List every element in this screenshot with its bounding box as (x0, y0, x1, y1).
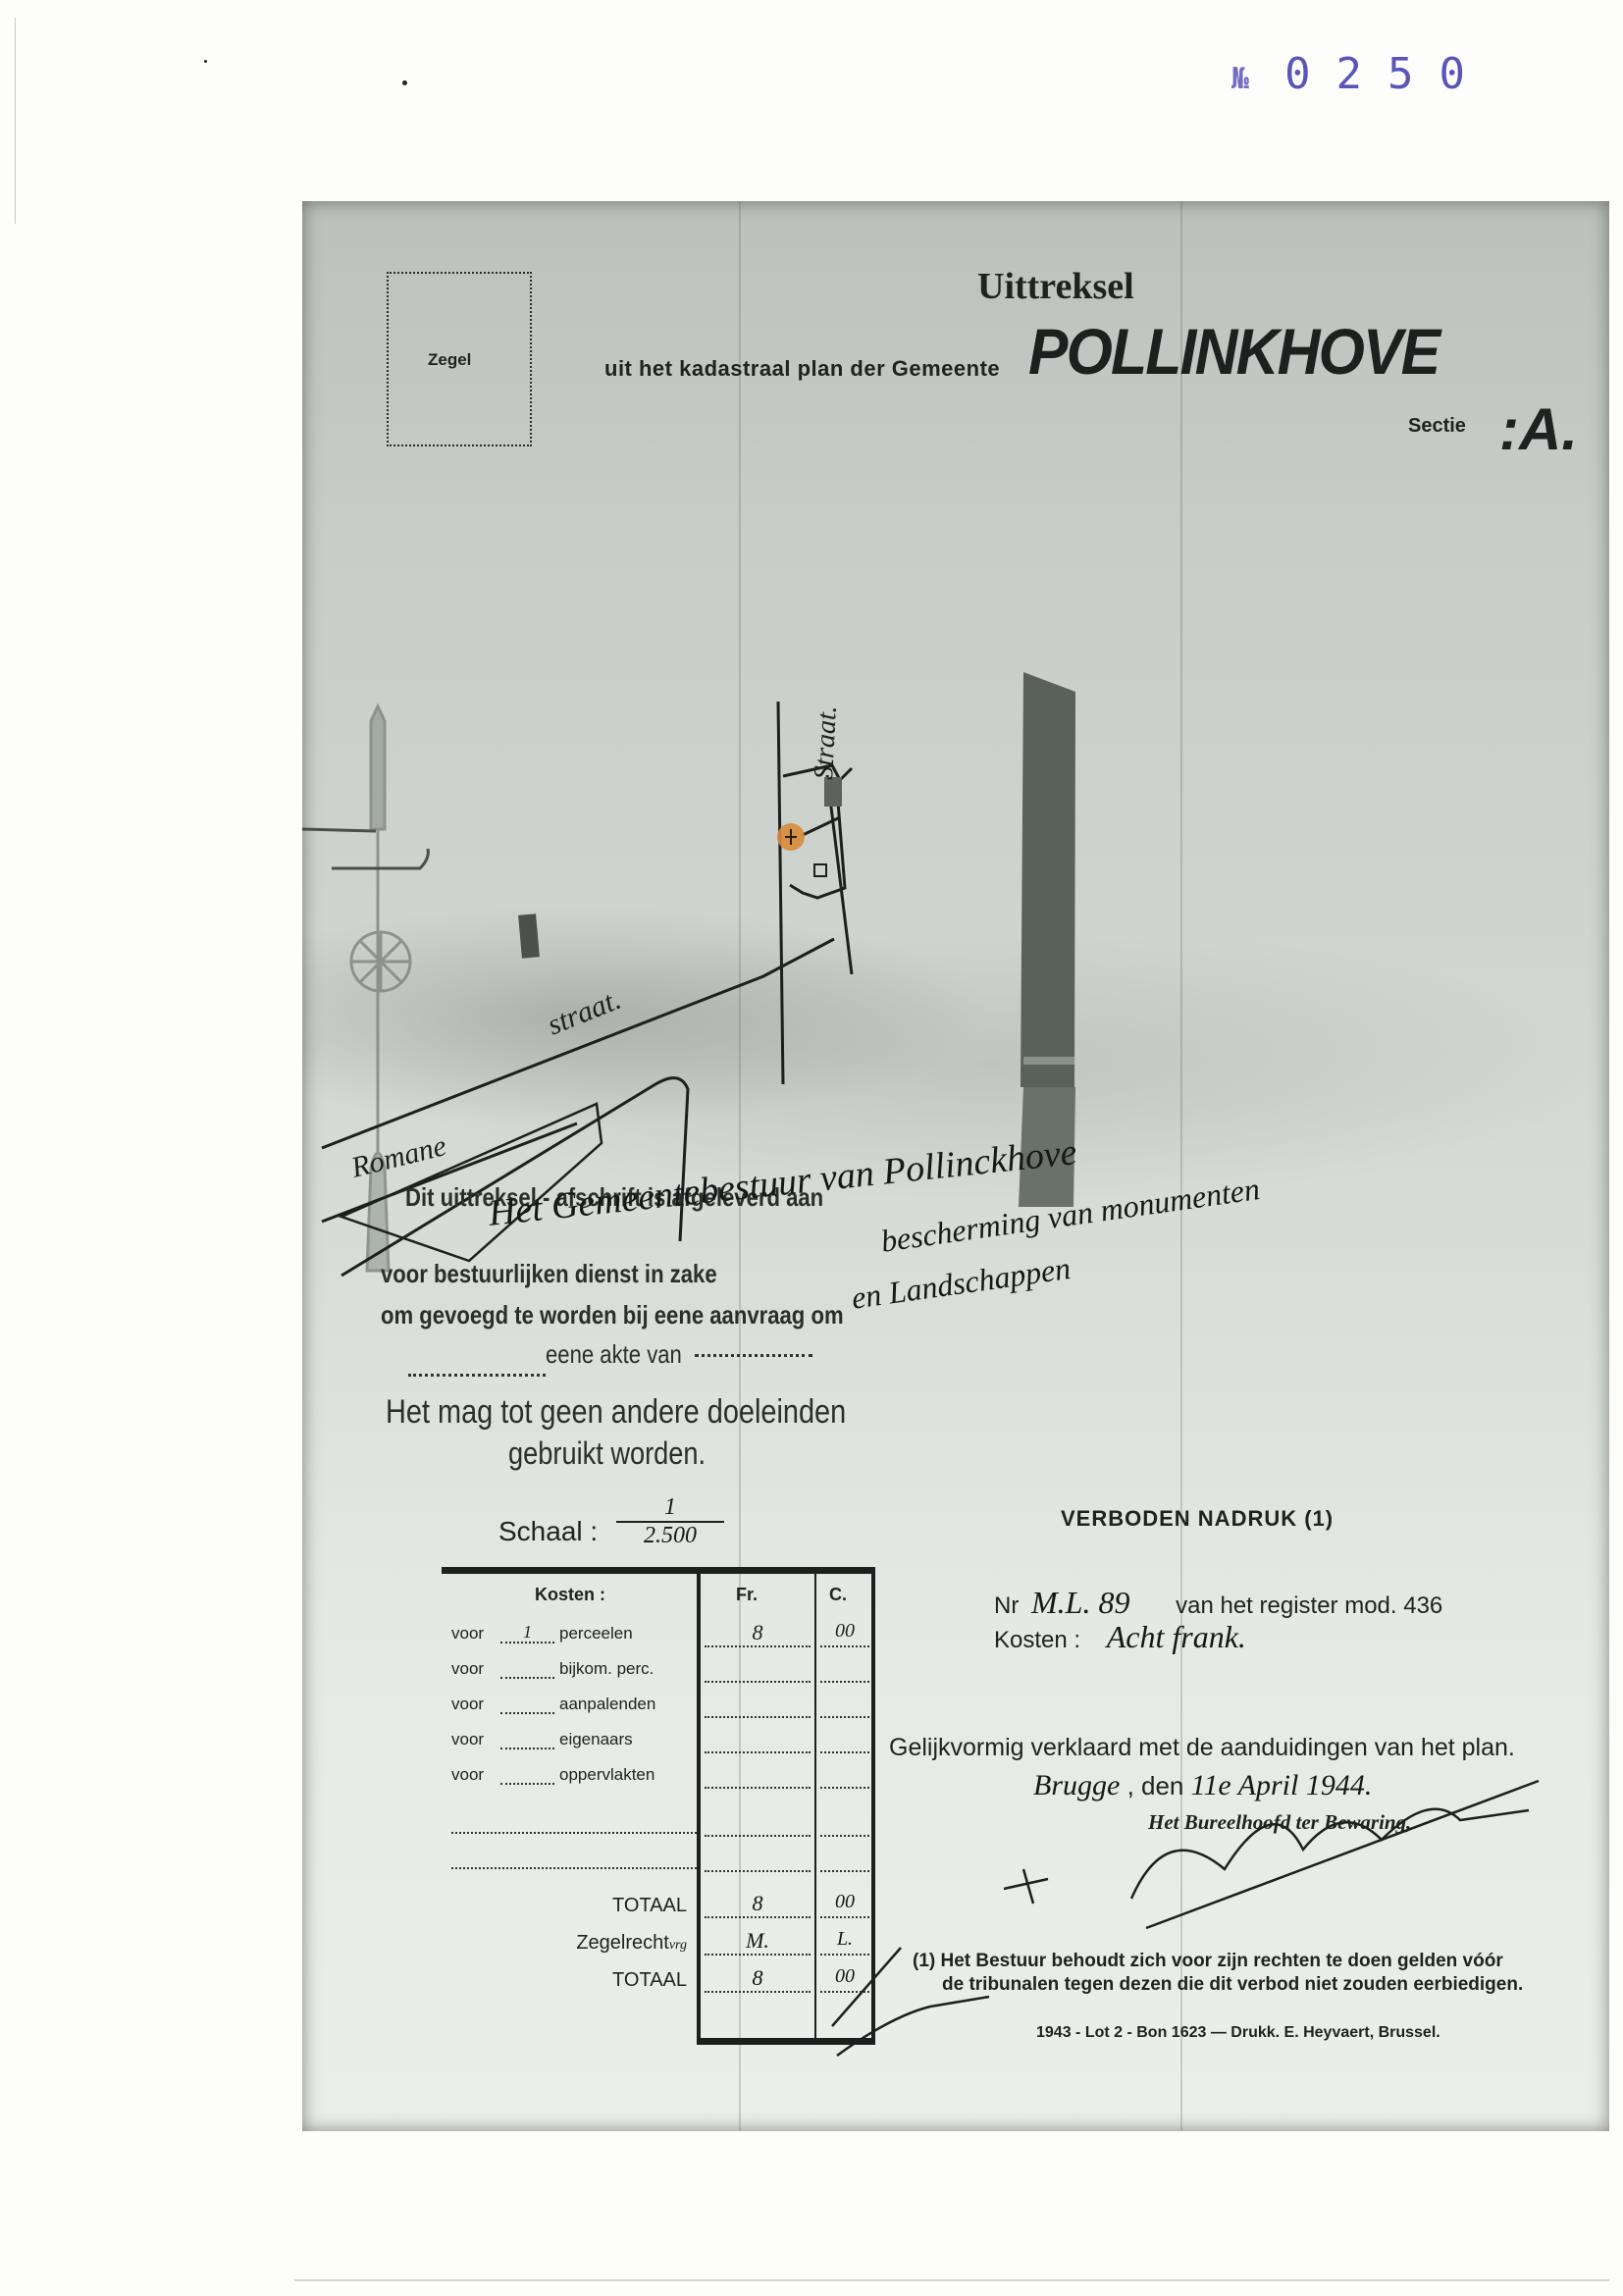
attach-typed: om gevoegd te worden bij eene aanvraag o… (381, 1300, 844, 1331)
restriction-line-1: Het mag tot geen andere doeleinden (386, 1393, 846, 1432)
register-number-line: Nr M.L. 89 van het register mod. 436 (994, 1585, 1442, 1621)
den-label: , den (1127, 1771, 1184, 1800)
scan-bottom-rule (294, 2279, 1609, 2281)
scale-numerator: 1 (616, 1494, 724, 1523)
row-label: eigenaars (559, 1730, 633, 1749)
footnote-line-1: (1) Het Bestuur behoudt zich voor zijn r… (913, 1950, 1523, 1973)
purpose-typed: voor bestuurlijken dienst in zake (381, 1259, 717, 1289)
row-francs: 8 (705, 1620, 811, 1647)
row-centimes (820, 1655, 869, 1683)
place-date-line: Brugge , den 11e April 1944. (1033, 1769, 1372, 1802)
map-building (814, 864, 826, 876)
total-row: TOTAAL 800 (442, 1889, 873, 1926)
footnote-line-2: de tribunalen tegen dezen die dit verbod… (913, 1973, 1523, 1997)
register-nr-label: Nr (994, 1592, 1019, 1619)
row-centimes (820, 1761, 869, 1789)
register-text: van het register mod. 436 (1176, 1592, 1442, 1619)
deed-typed: eene akte van (546, 1339, 682, 1370)
map-building (824, 777, 842, 807)
row-count (500, 1728, 554, 1749)
scan-speck (204, 60, 207, 63)
cost-words-label: Kosten : (994, 1627, 1080, 1653)
total-centimes: 00 (820, 1891, 869, 1918)
centimes-header: C. (829, 1585, 847, 1605)
row-count (500, 1763, 554, 1785)
grand-total-centimes: 00 (820, 1965, 869, 1993)
scan-edge-line (15, 18, 16, 224)
row-count: 1 (500, 1622, 554, 1644)
cost-row: voor eigenaars (442, 1724, 873, 1759)
blank-cost-row (442, 1843, 873, 1878)
row-label: aanpalenden (559, 1695, 655, 1714)
deed-blank (695, 1354, 812, 1357)
stamp-duty-row: Zegelrechtvrg M.L. (442, 1926, 873, 1963)
serial-number-stamp: №0250 (1231, 49, 1491, 99)
cost-words-value: Acht frank. (1107, 1619, 1246, 1654)
row-count (500, 1657, 554, 1679)
scan-speck (402, 80, 407, 85)
cost-row: voor 1 perceelen 8 00 (442, 1618, 873, 1653)
map-building (518, 913, 540, 958)
row-prefix: voor (451, 1730, 484, 1749)
certification-statement: Gelijkvormig verklaard met de aanduiding… (889, 1734, 1515, 1762)
canal-water (1019, 672, 1075, 1207)
scale-label: Schaal : (498, 1516, 598, 1547)
grand-total-row: TOTAAL 800 (442, 1963, 873, 2001)
row-label: oppervlakten (559, 1765, 654, 1785)
stamp-duty-francs: M. (705, 1928, 811, 1956)
row-centimes (820, 1726, 869, 1753)
cost-row: voor aanpalenden (442, 1689, 873, 1724)
table-top-rule (442, 1567, 873, 1574)
stamp-duty-centimes: L. (820, 1928, 869, 1956)
serial-number: 0250 (1284, 49, 1491, 99)
reproduction-prohibited-notice: VERBODEN NADRUK (1) (1061, 1506, 1334, 1532)
row-francs (705, 1655, 811, 1683)
numero-sign: № (1231, 62, 1249, 96)
street-label-straat-vertical: Straat. (809, 704, 843, 780)
place: Brugge (1033, 1769, 1120, 1801)
deed-blank (408, 1374, 546, 1377)
row-label: bijkom. perc. (559, 1659, 654, 1679)
register-nr-value: M.L. 89 (1031, 1585, 1129, 1620)
scale-fraction: 1 2.500 (616, 1494, 724, 1549)
row-prefix: voor (451, 1765, 484, 1785)
francs-header: Fr. (736, 1585, 758, 1605)
row-prefix: voor (451, 1659, 484, 1679)
row-francs (705, 1761, 811, 1789)
street-label-straat: straat. (543, 983, 625, 1042)
row-francs (705, 1726, 811, 1753)
cadastral-extract-document: Zegel Uittreksel uit het kadastraal plan… (302, 201, 1609, 2131)
row-count (500, 1693, 554, 1714)
cost-words-line: Kosten : Acht frank. (994, 1619, 1246, 1655)
row-prefix: voor (451, 1624, 484, 1644)
scale-denominator: 2.500 (616, 1523, 724, 1549)
cost-row: voor oppervlakten (442, 1759, 873, 1795)
row-centimes: 00 (820, 1620, 869, 1647)
blank-cost-row (442, 1807, 873, 1843)
cost-row: voor bijkom. perc. (442, 1653, 873, 1689)
footnote: (1) Het Bestuur behoudt zich voor zijn r… (913, 1950, 1523, 1997)
signatory-title: Het Bureelhoofd ter Bewaring, (1148, 1810, 1411, 1835)
row-centimes (820, 1691, 869, 1718)
total-francs: 8 (705, 1891, 811, 1918)
date: 11e April 1944. (1191, 1769, 1373, 1801)
table-bottom-rule (697, 2038, 875, 2045)
row-francs (705, 1691, 811, 1718)
restriction-line-2: gebruikt worden. (508, 1435, 706, 1472)
printer-imprint: 1943 - Lot 2 - Bon 1623 — Drukk. E. Heyv… (1036, 2024, 1440, 2042)
row-label: perceelen (559, 1624, 633, 1644)
row-prefix: voor (451, 1695, 484, 1714)
costs-header: Kosten : (535, 1585, 605, 1605)
cost-table: Kosten : Fr. C. voor 1 perceelen 8 00 vo… (442, 1567, 873, 2045)
grand-total-francs: 8 (705, 1965, 811, 1993)
